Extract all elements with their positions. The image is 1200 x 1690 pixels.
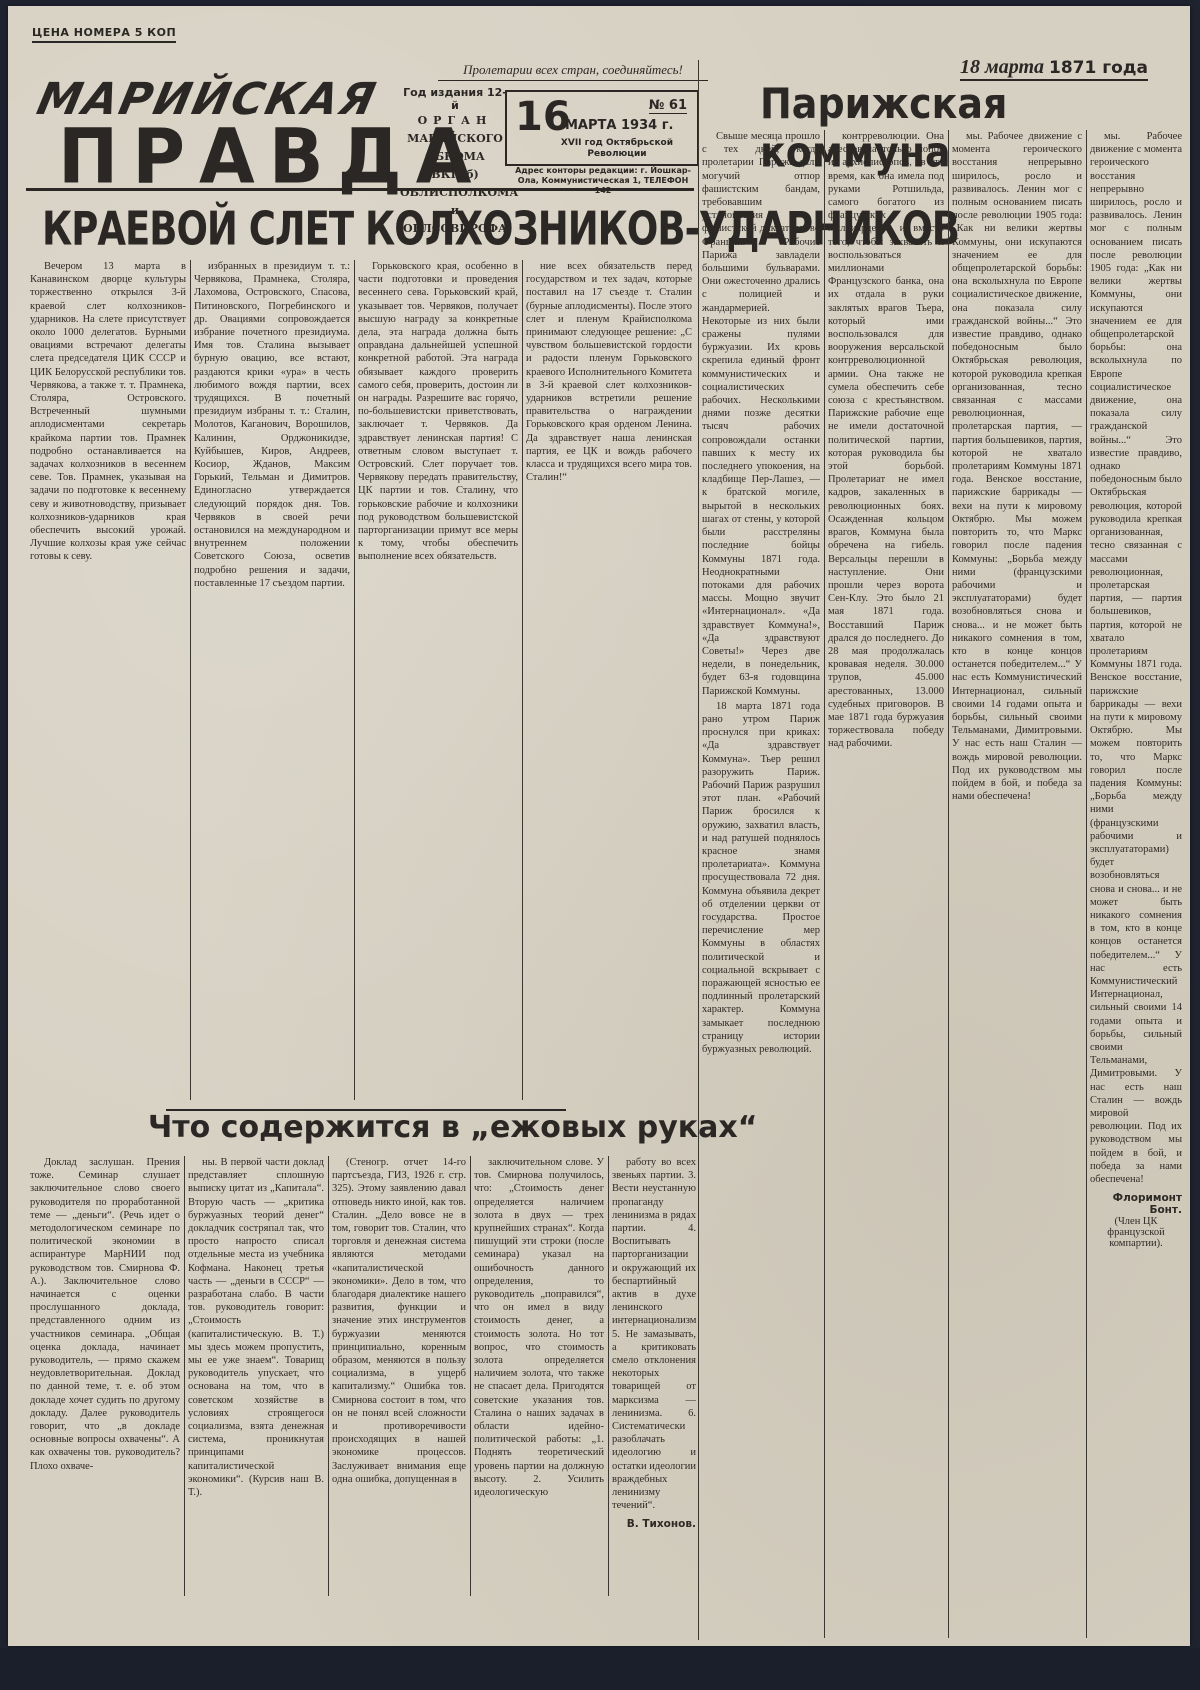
newspaper-page: ЦЕНА НОМЕРА 5 КОП МАРИЙСКАЯ ПРАВДА Проле… bbox=[8, 6, 1190, 1646]
rally-column-1: Вечером 13 марта в Канавинском дворце ку… bbox=[30, 260, 186, 1100]
column-divider bbox=[354, 260, 355, 1100]
paris-text: контрреволюции. Она арестовала только по… bbox=[828, 130, 944, 751]
paris-text: мы. Рабочее движение с момента героическ… bbox=[952, 130, 1082, 803]
paris-column-2: контрреволюции. Она арестовала только по… bbox=[828, 130, 944, 1638]
paris-signature-role: (Член ЦК французской компартии). bbox=[1090, 1216, 1182, 1249]
rally-text: Вечером 13 марта в Канавинском дворце ку… bbox=[30, 260, 186, 564]
editorial-address: Адрес конторы редакции: г. Йошкар-Ола, К… bbox=[508, 166, 698, 196]
rally-column-4: ние всех обязательств перед государством… bbox=[526, 260, 692, 1100]
hedgehog-column-3: (Стеногр. отчет 14-го партсъезда, ГИЗ, 1… bbox=[332, 1156, 466, 1596]
column-divider bbox=[328, 1156, 329, 1596]
hedgehog-column-5: работу во всех звеньях партии. 3. Вести … bbox=[612, 1156, 696, 1596]
rally-text: ние всех обязательств перед государством… bbox=[526, 260, 692, 484]
hedgehog-text: Доклад заслушан. Прения тоже. Семинар сл… bbox=[30, 1156, 180, 1473]
issue-number: № 61 bbox=[649, 98, 687, 114]
date-month-year: МАРТА 1934 г. bbox=[565, 118, 673, 133]
paris-signature-name: Флоримонт Бонт. bbox=[1090, 1192, 1182, 1216]
paris-text: Свыше месяца прошло с тех дней, когда пр… bbox=[702, 130, 820, 698]
hedgehog-text: работу во всех звеньях партии. 3. Вести … bbox=[612, 1156, 696, 1512]
hedgehog-column-4: заключительном слове. У тов. Смирнова по… bbox=[474, 1156, 604, 1596]
paris-column-1: Свыше месяца прошло с тех дней, когда пр… bbox=[702, 130, 820, 1638]
organ-line: ОБКОМА ВКП(б) bbox=[400, 148, 510, 184]
hedgehog-signature: В. Тихонов. bbox=[612, 1518, 696, 1530]
date-box: 16 № 61 МАРТА 1934 г. XVII год Октябрьск… bbox=[505, 90, 699, 166]
price-label: ЦЕНА НОМЕРА 5 КОП bbox=[32, 26, 176, 43]
rally-headline: КРАЕВОЙ СЛЕТ КОЛХОЗНИКОВ-УДАРНИКОВ bbox=[42, 202, 712, 256]
rally-column-3: Горьковского края, особенно в части подг… bbox=[358, 260, 518, 1100]
rally-column-2: избранных в президиум т. т.: Червякова, … bbox=[194, 260, 350, 1100]
column-divider bbox=[184, 1156, 185, 1596]
hedgehog-text: заключительном слове. У тов. Смирнова по… bbox=[474, 1156, 604, 1499]
hedgehog-text: ны. В первой части доклад представляет с… bbox=[188, 1156, 324, 1499]
column-divider bbox=[470, 1156, 471, 1596]
column-divider bbox=[608, 1156, 609, 1596]
hedgehog-column-1: Доклад заслушан. Прения тоже. Семинар сл… bbox=[30, 1156, 180, 1596]
hedgehog-column-2: ны. В первой части доклад представляет с… bbox=[188, 1156, 324, 1596]
column-divider bbox=[190, 260, 191, 1100]
slogan: Пролетарии всех стран, соединяйтесь! bbox=[438, 62, 708, 81]
year-of-issue: Год издания 12-й bbox=[400, 86, 510, 112]
paris-column-4: мы. Рабочее движение с момента героическ… bbox=[1090, 130, 1182, 1638]
rally-text: избранных в президиум т. т.: Червякова, … bbox=[194, 260, 350, 590]
hedgehog-headline: Что содержится в „ежовых руках“ bbox=[148, 1110, 757, 1145]
column-divider bbox=[698, 60, 699, 1640]
organ-line: ОРГАН bbox=[400, 112, 510, 130]
paris-text: мы. Рабочее движение с момента героическ… bbox=[1090, 130, 1182, 1186]
paris-date-line: 18 марта 1871 года bbox=[960, 56, 1148, 81]
rally-text: Горьковского края, особенно в части подг… bbox=[358, 260, 518, 564]
hedgehog-text: (Стеногр. отчет 14-го партсъезда, ГИЗ, 1… bbox=[332, 1156, 466, 1486]
column-divider bbox=[824, 130, 825, 1638]
date-day: 16 bbox=[515, 94, 571, 140]
revolution-year: XVII год Октябрьской Революции bbox=[547, 138, 687, 160]
column-divider bbox=[948, 130, 949, 1638]
column-divider bbox=[1086, 130, 1087, 1638]
scan-background bbox=[0, 1648, 1200, 1690]
paris-column-3: мы. Рабочее движение с момента героическ… bbox=[952, 130, 1082, 1638]
paris-text: 18 марта 1871 года рано утром Париж прос… bbox=[702, 700, 820, 1056]
masthead-rule bbox=[26, 188, 694, 191]
column-divider bbox=[522, 260, 523, 1100]
organ-line: МАРИЙСКОГО bbox=[400, 130, 510, 148]
paris-date-italic: 18 марта bbox=[960, 56, 1044, 78]
paris-date-year: 1871 года bbox=[1049, 58, 1148, 78]
